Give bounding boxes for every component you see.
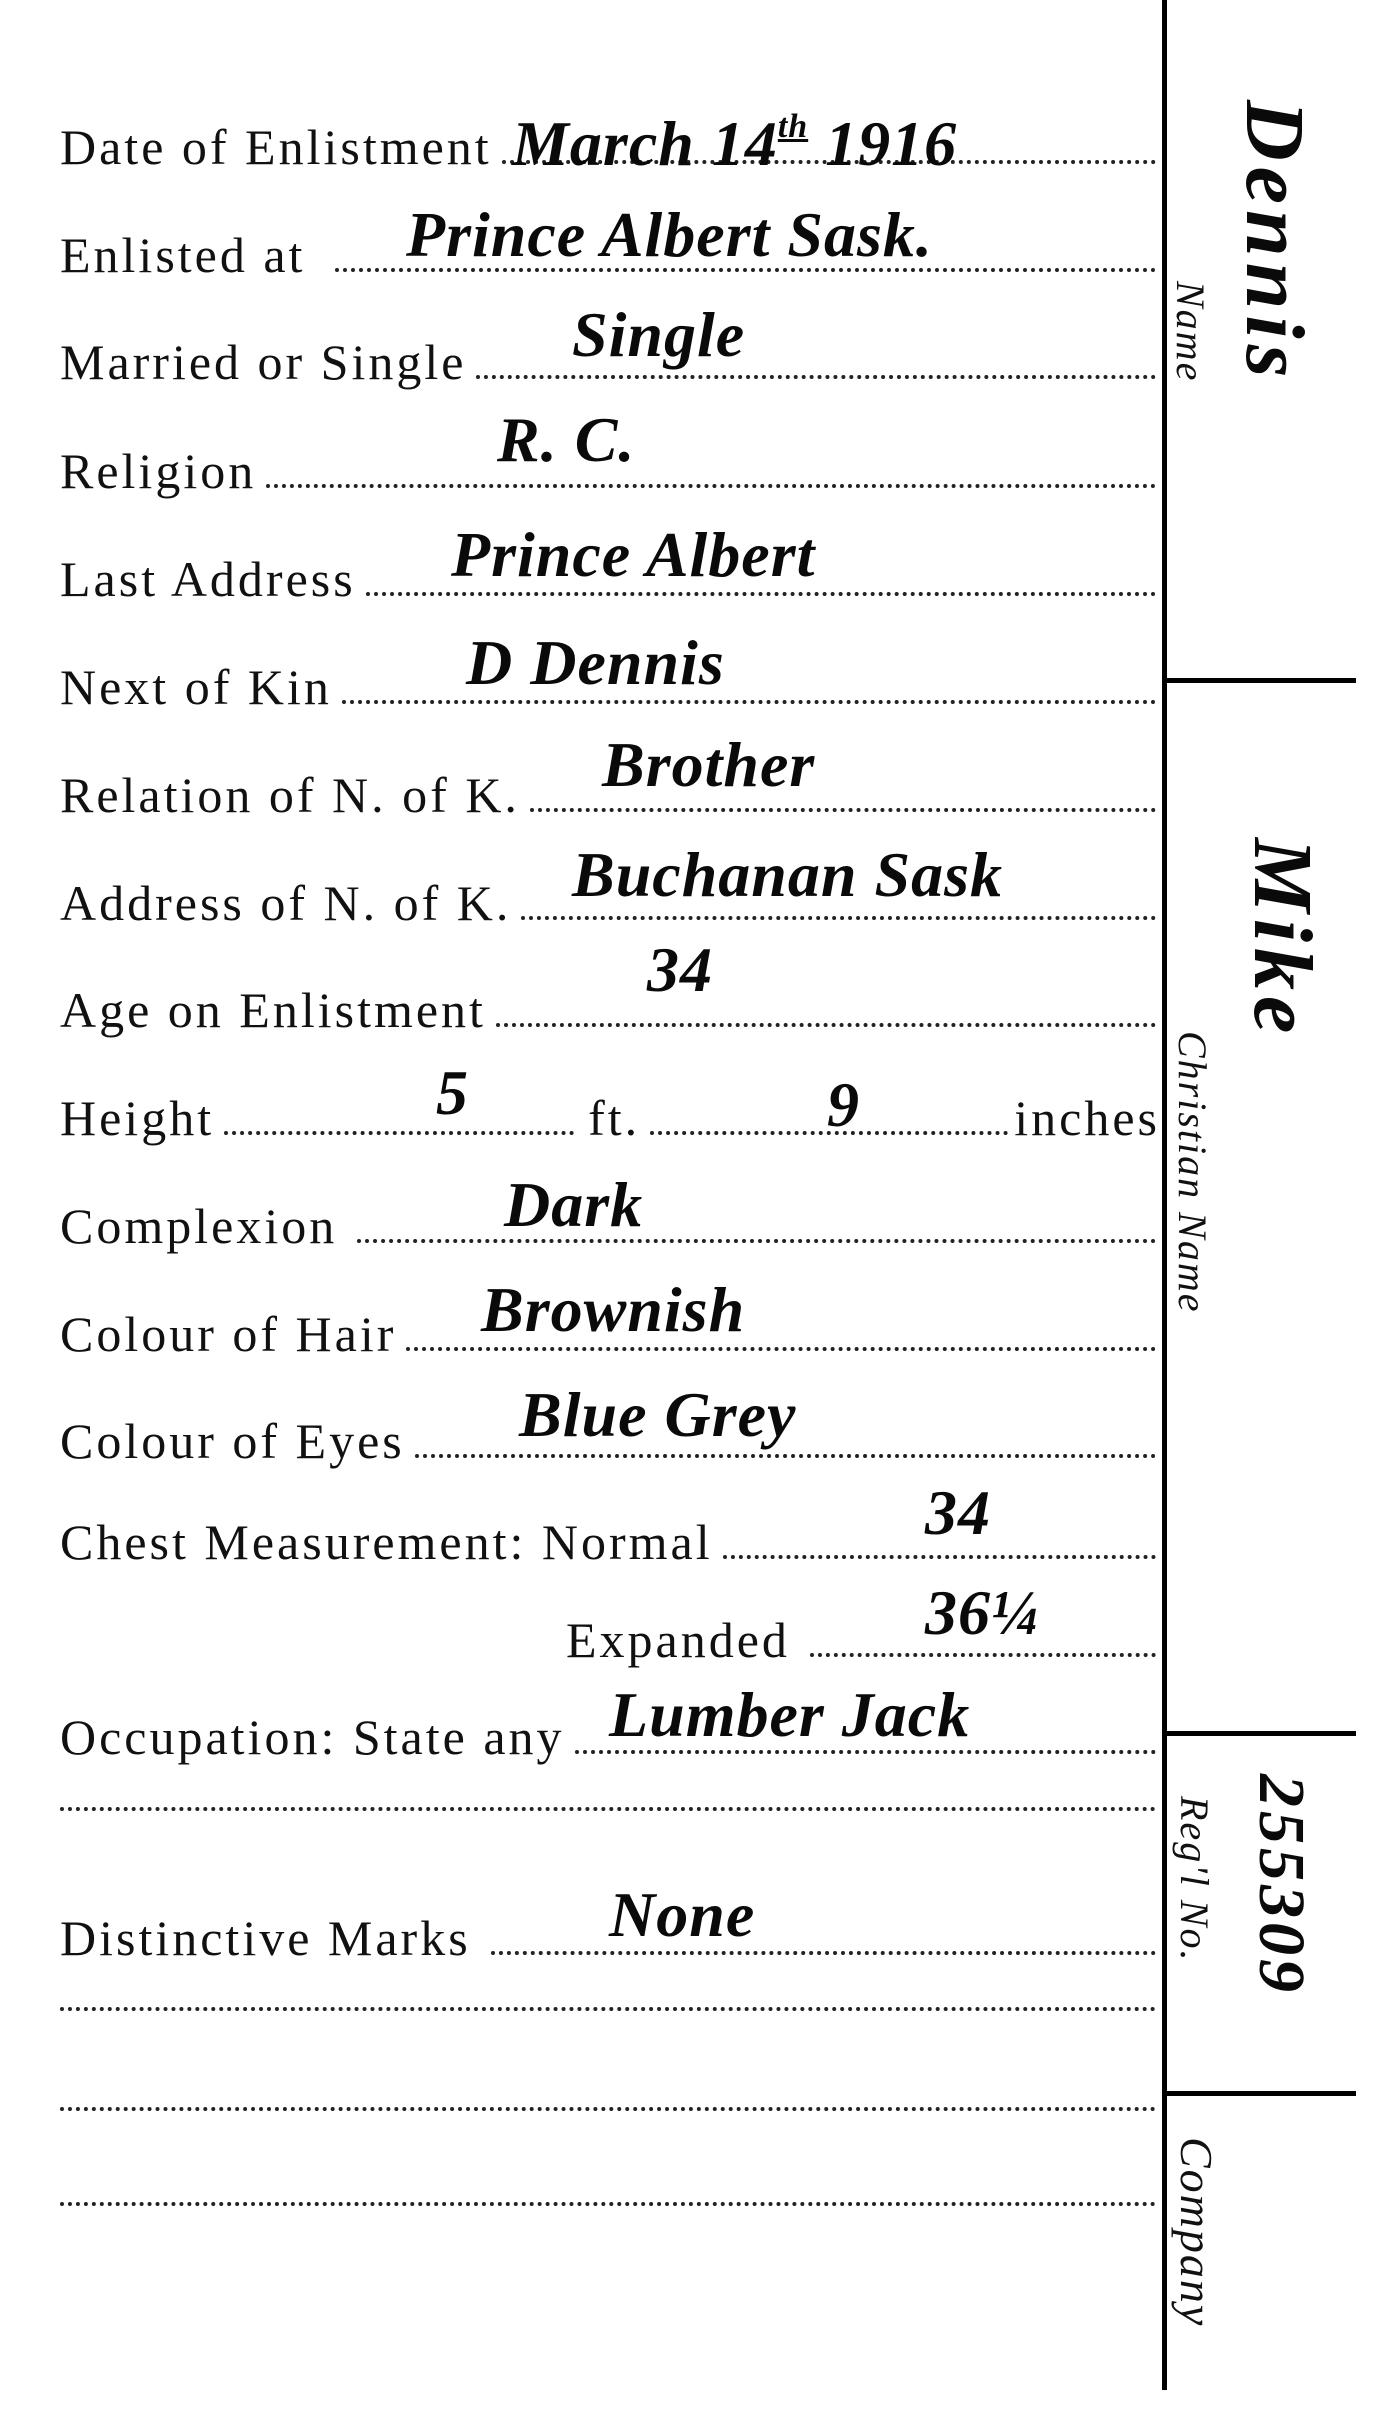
hair-value: Brownish [481,1275,745,1345]
row-occupation-continued [0,1807,1160,1867]
chest-expanded-leader [810,1653,1156,1657]
age-value: 34 [647,935,713,1005]
age-leader [496,1023,1156,1027]
married-or-single-value: Single [572,300,745,370]
married-or-single-leader [476,375,1156,379]
height-label: Height [60,1088,214,1148]
date-of-enlistment-label: Date of Enlistment [60,117,492,177]
regimental-number-label: Reg'l No. [1174,1796,1214,1963]
age-label: Age on Enlistment [60,980,486,1040]
sidebar-divider [1162,0,1167,2390]
surname-value: Dennis [1232,100,1316,383]
row-age-on-enlistment: Age on Enlistment [0,980,1160,1040]
height-feet-unit: ft. [588,1088,640,1148]
height-feet-value: 5 [436,1058,469,1128]
last-address-value: Prince Albert [451,520,815,590]
chest-normal-label: Chest Measurement: Normal [60,1512,713,1572]
chest-normal-leader [723,1555,1156,1559]
religion-label: Religion [60,441,256,501]
occupation-leader [575,1750,1156,1754]
complexion-leader [357,1239,1156,1243]
date-year: 1916 [825,108,957,179]
complexion-label: Complexion [60,1196,337,1256]
last-address-label: Last Address [60,549,356,609]
relation-leader [530,808,1156,812]
hair-label: Colour of Hair [60,1304,396,1364]
blank-leader [60,2202,1156,2206]
married-or-single-label: Married or Single [60,332,466,392]
regimental-number-value: 255309 [1248,1774,1314,1996]
name-section-rule [1166,678,1356,683]
blank-leader [60,2007,1156,2011]
eyes-value: Blue Grey [519,1380,796,1450]
blank-leader [60,2107,1156,2111]
chest-expanded-label: Expanded [566,1610,790,1670]
surname-label: Name [1170,281,1210,382]
relation-label: Relation of N. of K. [60,765,520,825]
date-suffix: th [778,108,808,145]
distinctive-marks-label: Distinctive Marks [60,1908,471,1968]
regimental-number-section-rule [1166,2091,1356,2096]
date-day: 14 [712,108,778,179]
row-relation-of-next-of-kin: Relation of N. of K. [0,765,1160,825]
last-address-leader [366,592,1156,596]
christian-name-label: Christian Name [1172,1031,1212,1313]
eyes-leader [415,1454,1156,1458]
complexion-value: Dark [504,1170,643,1240]
enlisted-at-label: Enlisted at [60,225,305,285]
distinctive-marks-leader [491,1951,1156,1955]
next-of-kin-label: Next of Kin [60,657,332,717]
company-label: Company [1176,2137,1216,2327]
chest-expanded-value: 36¼ [925,1578,1040,1648]
christian-name-section-rule [1166,1731,1356,1736]
row-blank-1 [0,2007,1160,2067]
attestation-card: Date of Enlistment March 14th 1916 Enlis… [0,0,1379,2415]
next-of-kin-value: D Dennis [466,628,725,698]
relation-value: Brother [602,730,815,800]
row-blank-2 [0,2107,1160,2167]
next-of-kin-leader [342,700,1156,704]
religion-value: R. C. [497,405,635,475]
height-inches-value: 9 [827,1070,860,1140]
blank-leader [60,1807,1156,1811]
row-distinctive-marks: Distinctive Marks [0,1908,1160,1968]
date-month: March [512,108,695,179]
christian-name-value: Mike [1240,838,1324,1039]
address-of-nok-leader [521,916,1156,920]
eyes-label: Colour of Eyes [60,1411,405,1471]
date-of-enlistment-value: March 14th 1916 [512,92,957,179]
hair-leader [406,1347,1156,1351]
height-feet-leader [224,1131,574,1135]
enlisted-at-value: Prince Albert Sask. [406,200,933,270]
row-occupation: Occupation: State any [0,1707,1160,1767]
address-of-nok-label: Address of N. of K. [60,873,511,933]
occupation-label: Occupation: State any [60,1707,565,1767]
row-height: Height ft. inches [0,1088,1160,1148]
chest-normal-value: 34 [925,1478,991,1548]
address-of-nok-value: Buchanan Sask [572,840,1003,910]
distinctive-marks-value: None [609,1880,755,1950]
height-inches-unit: inches [1014,1088,1160,1148]
occupation-value: Lumber Jack [609,1680,970,1750]
religion-leader [266,484,1156,488]
row-blank-3 [0,2202,1160,2262]
